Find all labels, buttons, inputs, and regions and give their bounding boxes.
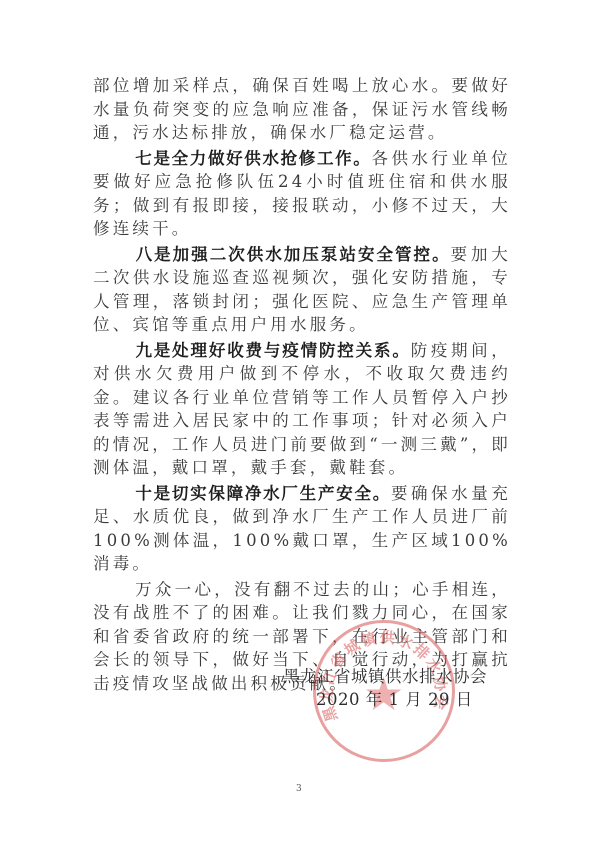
paragraph-heading: 八是加强二次供水加压泵站安全管控。 — [135, 245, 451, 264]
paragraph-seven: 七是全力做好供水抢修工作。各供水行业单位要做好应急抢修队伍24小时值班住宿和供水… — [93, 147, 511, 241]
paragraph-nine: 九是处理好收费与疫情防控关系。防疫期间，对供水欠费用户做到不停水，不收取欠费违约… — [93, 339, 511, 480]
paragraph-continuation: 部位增加采样点，确保百姓喝上放心水。要做好水量负荷突变的应急响应准备，保证污水管… — [93, 74, 511, 145]
signature-block: 黑龙江省城镇供水排水协会 2020 年 1 月 29 日 — [283, 665, 487, 711]
paragraph-eight: 八是加强二次供水加压泵站安全管控。要加大二次供水设施巡查巡视频次，强化安防措施，… — [93, 243, 511, 337]
paragraph-heading: 九是处理好收费与疫情防控关系。 — [135, 341, 411, 360]
page-number: 3 — [296, 784, 302, 794]
paragraph-ten: 十是切实保障净水厂生产安全。要确保水量充足、水质优良，做到净水厂生产工作人员进厂… — [93, 482, 511, 576]
paragraph-text: 防疫期间，对供水欠费用户做到不停水，不收取欠费违约金。建议各行业单位营销等工作人… — [93, 341, 511, 478]
paragraph-text: 部位增加采样点，确保百姓喝上放心水。要做好水量负荷突变的应急响应准备，保证污水管… — [93, 76, 511, 142]
signature-organization: 黑龙江省城镇供水排水协会 — [283, 665, 487, 688]
signature-date: 2020 年 1 月 29 日 — [283, 688, 487, 711]
document-body: 部位增加采样点，确保百姓喝上放心水。要做好水量负荷突变的应急响应准备，保证污水管… — [93, 74, 511, 695]
paragraph-heading: 十是切实保障净水厂生产安全。 — [135, 484, 391, 503]
paragraph-heading: 七是全力做好供水抢修工作。 — [135, 149, 371, 168]
